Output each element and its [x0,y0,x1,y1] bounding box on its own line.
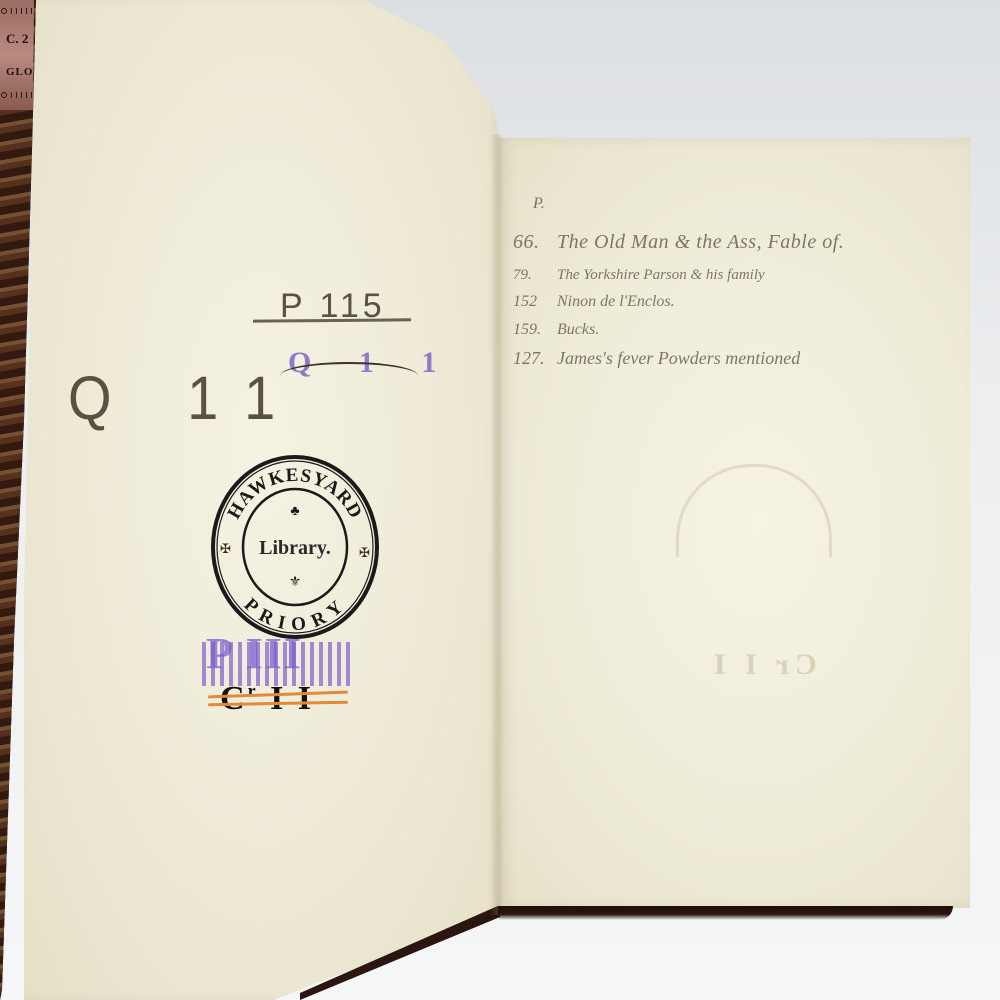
note-text: The Yorkshire Parson & his family [557,267,765,283]
note-page: 159. [513,322,557,338]
notes-header: P. [533,196,545,212]
shelfmark-number: I I [270,680,314,717]
note-row: 127.James's fever Powders mentioned [513,349,800,367]
note-row: 79.The Yorkshire Parson & his family [513,268,765,283]
trefoil-icon: ♣ [290,504,299,519]
show-through-mark: Cr I I [708,648,817,682]
right-page-bottom-edge [498,906,953,920]
note-text: The Old Man & the Ass, Fable of. [557,231,844,253]
library-stamp: HAWKESYARD PRIORY Library. ♣ ⚜ ✠ ✠ [210,453,380,641]
shelfmark-prefix: C [220,680,248,717]
cross-icon-right: ✠ [359,545,370,560]
note-page: 79. [513,268,557,283]
gutter [490,135,504,915]
shelfmark: Cr I I [220,680,314,718]
stamp-center-text: Library. [259,537,331,559]
note-row: 66.The Old Man & the Ass, Fable of. [513,232,844,252]
fleur-icon: ⚜ [289,575,302,590]
note-page: 66. [513,232,557,252]
shelfmark-stamp: P III Cr I I [198,628,368,718]
note-page: 127. [513,349,557,367]
spine-label-line1: C. 2 [6,32,28,45]
note-text: Ninon de l'Enclos. [557,293,675,310]
chain-ornament [0,8,34,14]
cross-icon-left: ✠ [220,541,231,556]
struck-shelfmark: P III [206,628,303,679]
note-page: 152 [513,294,557,310]
note-text: Bucks. [557,321,599,338]
chain-ornament [0,92,34,98]
spine-label: C. 2 GLO [0,0,34,110]
note-row: 152Ninon de l'Enclos. [513,294,675,310]
shelfmark-super: r [248,681,259,701]
book-photo: C. 2 GLO Cr I I P. 66.The Old Man & the … [0,0,1000,1000]
note-row: 159.Bucks. [513,322,599,338]
note-text: James's fever Powders mentioned [557,348,800,368]
pencil-shelfmark: Q 11 [68,362,305,434]
spine-label-line2: GLO [6,67,33,78]
